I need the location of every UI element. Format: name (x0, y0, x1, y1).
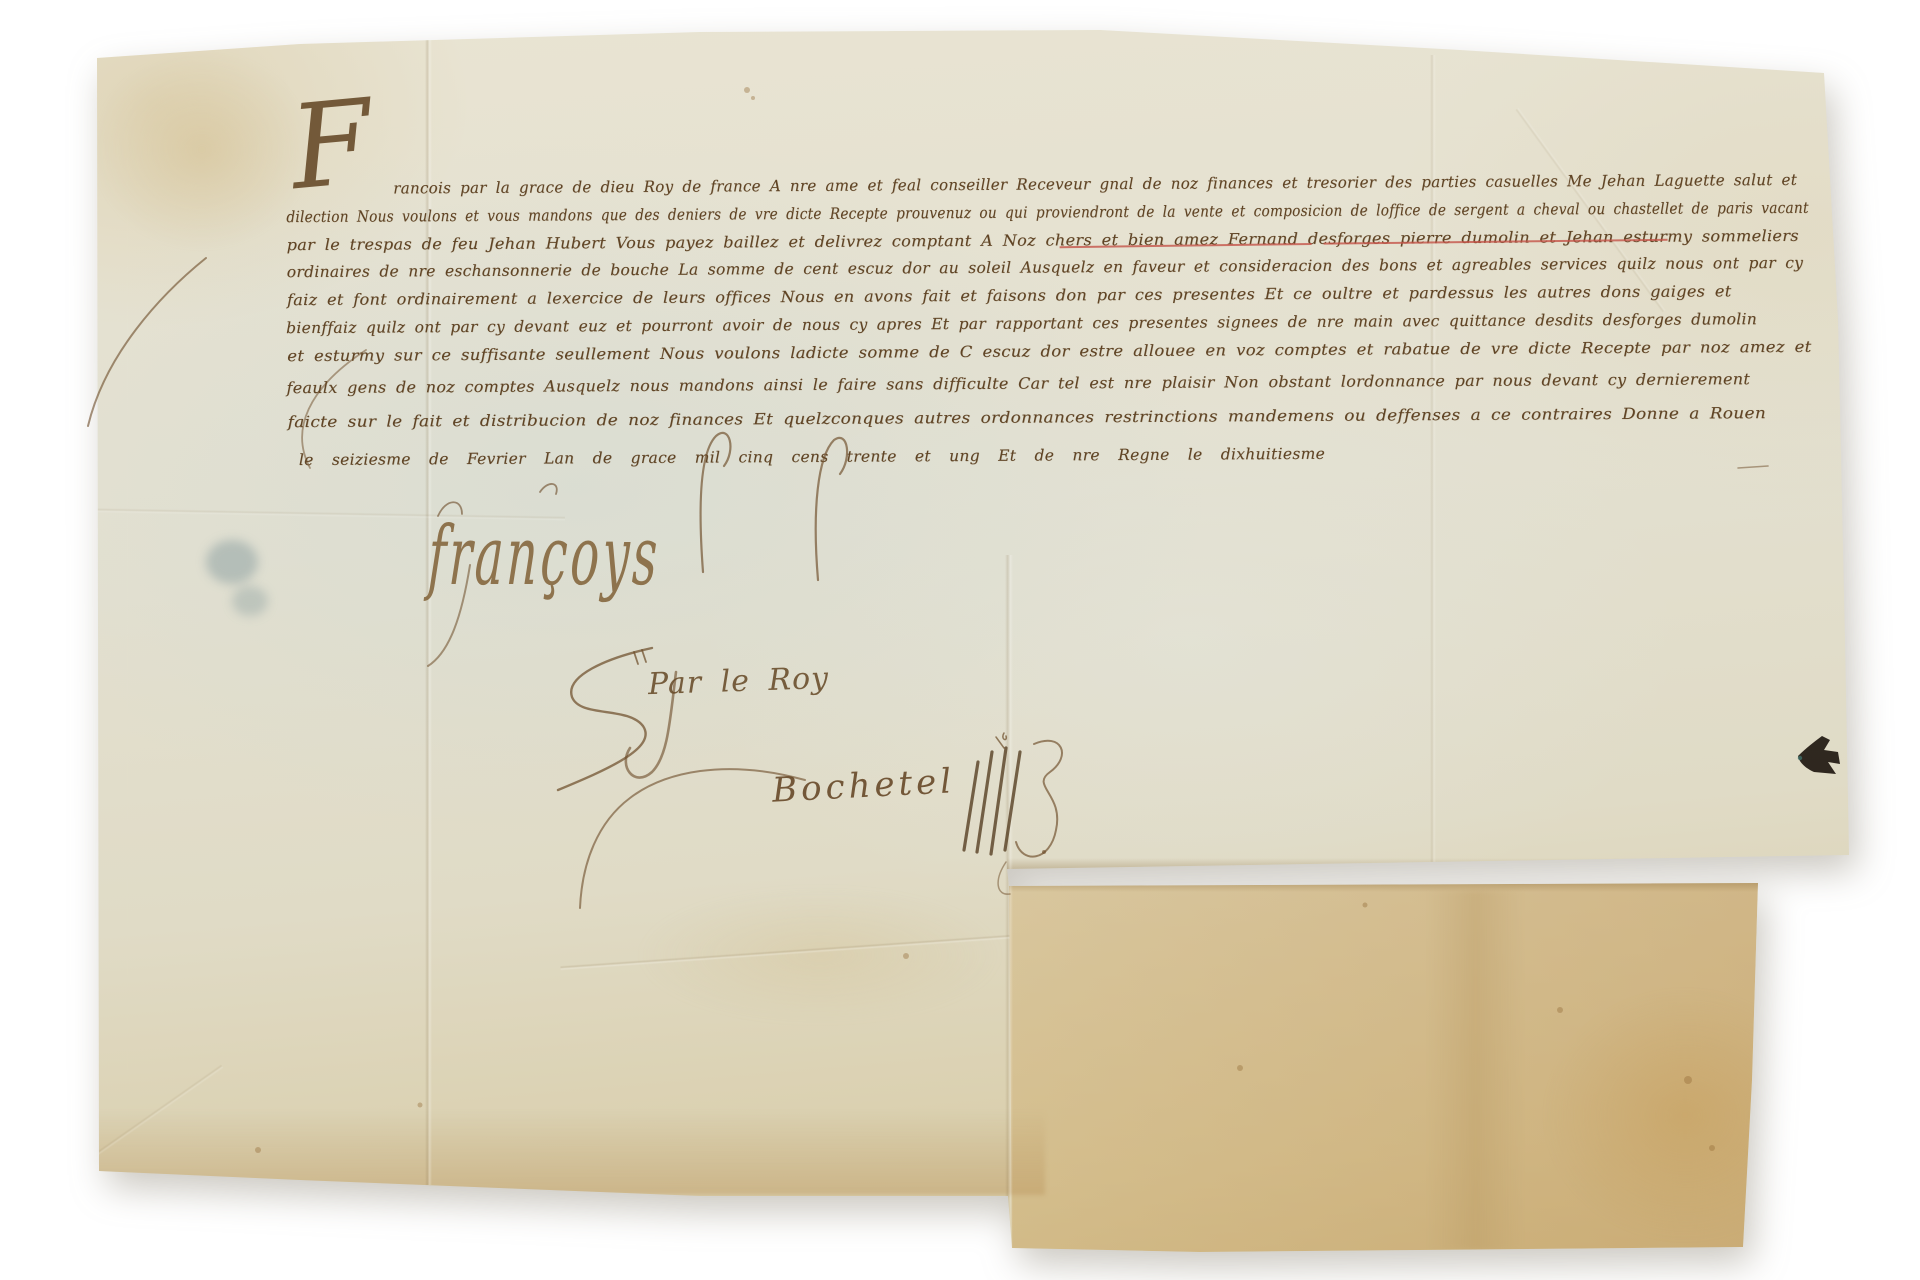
seal-remnant-teal-fleck (1798, 756, 1802, 760)
paraph-trailing-flourish (1016, 741, 1062, 857)
photo-of-parchment-letter: F rancois par la grace de dieu Roy de fr… (0, 0, 1920, 1280)
signature-leading-curl (438, 484, 557, 516)
paraph-top-tick (996, 733, 1006, 748)
par-le-roy-descender (626, 672, 676, 778)
countersignature-paraph (964, 748, 1020, 854)
foxing-specks (255, 87, 1715, 1153)
ink-flourishes (0, 0, 1920, 1280)
countersignature-lead-sweep (580, 769, 805, 908)
right-margin-dash (1738, 466, 1768, 468)
signature-descender (428, 565, 470, 666)
tall-hook-flourish-2 (816, 438, 847, 580)
seal-remnant (1798, 736, 1840, 774)
small-five-mark (998, 862, 1010, 894)
left-margin-flourish (88, 258, 206, 426)
paraph-dot (1042, 850, 1046, 854)
s-flourish-before-par-le-roy (558, 648, 652, 790)
tall-hook-flourish-1 (701, 433, 731, 572)
left-bracket-flourish (302, 350, 366, 468)
